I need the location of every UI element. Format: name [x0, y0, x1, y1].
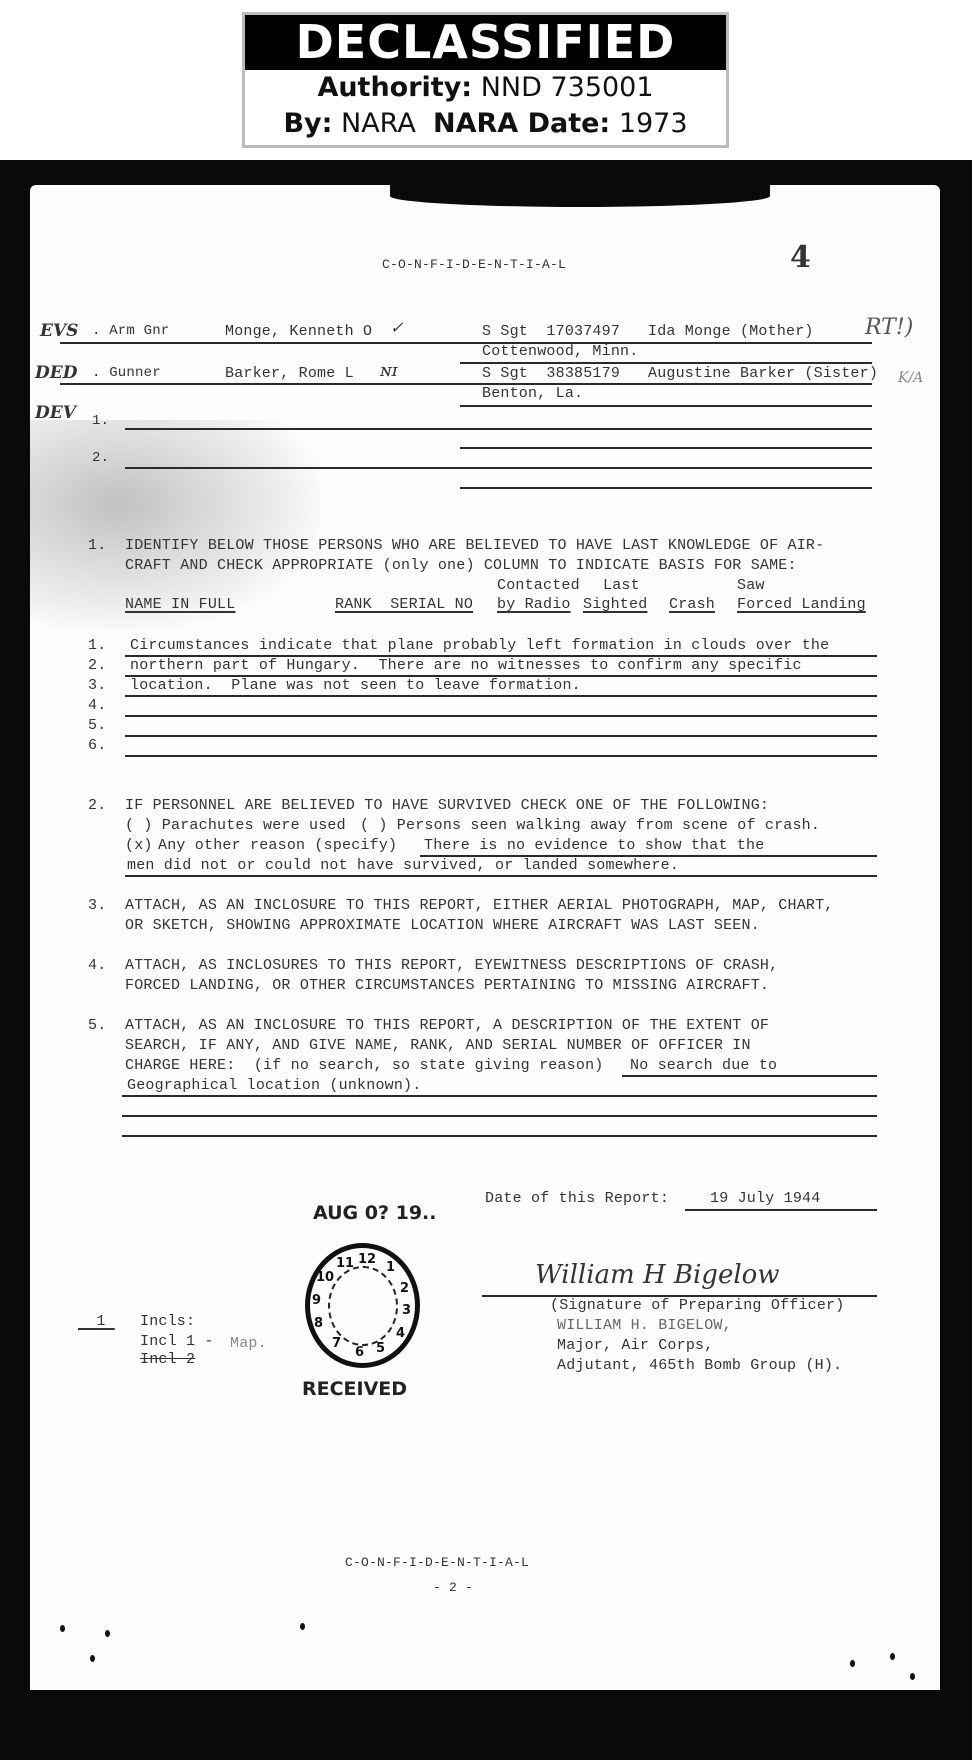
clock-number: 6: [355, 1345, 364, 1360]
section1-text-line1: IDENTIFY BELOW THOSE PERSONS WHO ARE BEL…: [125, 537, 824, 554]
crew-rank-serial: S Sgt 38385179: [482, 365, 620, 382]
inclosures-label: Incls:: [140, 1313, 195, 1330]
section3-line1: ATTACH, AS AN INCLOSURE TO THIS REPORT, …: [125, 897, 834, 914]
section3-line2: OR SKETCH, SHOWING APPROXIMATE LOCATION …: [125, 917, 760, 934]
column-rank-serial: RANK SERIAL NO: [335, 596, 473, 613]
section5-line3: CHARGE HERE: (if no search, so state giv…: [125, 1057, 603, 1074]
column-saw-bottom: Forced Landing: [737, 596, 866, 613]
dust-speck: [890, 1653, 895, 1660]
option-other-text2: men did not or could not have survived, …: [127, 857, 679, 874]
margin-note-rtd: RT!): [865, 315, 913, 340]
inclosure-1: Incl 1 -: [140, 1333, 214, 1350]
report-date-label: Date of this Report:: [485, 1190, 669, 1207]
authority-value: NND 735001: [481, 72, 654, 103]
by-line: By: NARA NARA Date: 1973: [245, 106, 726, 142]
authority-label: Authority:: [317, 72, 472, 103]
section5-answer1: No search due to: [630, 1057, 777, 1074]
status-note-evs: EVS: [40, 321, 78, 341]
column-last-top: Last: [603, 577, 640, 594]
by-label: By:: [283, 108, 332, 139]
signature-caption: (Signature of Preparing Officer): [550, 1297, 844, 1314]
option-walking: ( ) Persons seen walking away from scene…: [360, 817, 820, 834]
section1-text-line2: CRAFT AND CHECK APPROPRIATE (only one) C…: [125, 557, 797, 574]
received-stamp-date: AUG 0? 19..: [313, 1202, 437, 1224]
inclosure-2-struck: Incl 2: [140, 1351, 195, 1368]
received-stamp-label: RECEIVED: [302, 1378, 407, 1400]
section5-number: 5.: [88, 1017, 106, 1034]
margin-note-kia: K/A: [898, 370, 923, 386]
clock-number: 4: [396, 1326, 405, 1341]
crew-rank-serial: S Sgt 17037497: [482, 323, 620, 340]
officer-name: WILLIAM H. BIGELOW,: [557, 1317, 732, 1334]
report-date-value: 19 July 1944: [710, 1190, 820, 1207]
row-number: 6.: [88, 737, 106, 754]
column-saw-top: Saw: [737, 577, 765, 594]
section4-line2: FORCED LANDING, OR OTHER CIRCUMSTANCES P…: [125, 977, 769, 994]
crew-address: Cottenwood, Minn.: [482, 343, 638, 360]
clock-number: 11: [336, 1256, 354, 1271]
officer-title: Adjutant, 465th Bomb Group (H).: [557, 1357, 842, 1374]
inclosure-count: 1: [78, 1313, 115, 1330]
dust-speck: [90, 1655, 95, 1662]
nara-date-label: NARA Date:: [433, 108, 610, 139]
column-name: NAME IN FULL: [125, 596, 235, 613]
crew-address: Benton, La.: [482, 385, 583, 402]
nara-date-value: 1973: [619, 108, 688, 139]
crew-position: . Arm Gnr: [92, 323, 169, 339]
row-number: 2.: [88, 657, 106, 674]
section4-number: 4.: [88, 957, 106, 974]
clock-number: 5: [376, 1341, 385, 1356]
column-last-bottom: Sighted: [583, 596, 647, 613]
declassified-title: DECLASSIFIED: [245, 15, 726, 70]
clock-number: 10: [316, 1270, 334, 1285]
crew-position: 1.: [92, 413, 109, 429]
dust-speck: [300, 1623, 305, 1630]
status-note-ded: DED: [35, 363, 77, 383]
page-mark: 4: [790, 240, 811, 275]
clock-number: 2: [400, 1281, 409, 1296]
clock-number: 12: [358, 1252, 376, 1267]
option-parachutes: ( ) Parachutes were used: [125, 817, 346, 834]
section5-line1: ATTACH, AS AN INCLOSURE TO THIS REPORT, …: [125, 1017, 769, 1034]
initials-mark: ɴɪ: [380, 360, 397, 381]
dust-speck: [105, 1630, 110, 1637]
page-number: - 2 -: [433, 1580, 473, 1595]
crew-name: Monge, Kenneth O: [225, 323, 372, 340]
column-crash: Crash: [669, 596, 715, 613]
declassified-stamp: DECLASSIFIED Authority: NND 735001 By: N…: [242, 12, 729, 148]
section2-number: 2.: [88, 797, 106, 814]
column-contacted-bottom: by Radio: [497, 596, 571, 613]
section4-line1: ATTACH, AS INCLOSURES TO THIS REPORT, EY…: [125, 957, 778, 974]
section3-number: 3.: [88, 897, 106, 914]
by-value: NARA: [341, 108, 416, 139]
crew-position: 2.: [92, 450, 109, 466]
clock-inner-ring: [328, 1266, 398, 1346]
classification-footer: C-O-N-F-I-D-E-N-T-I-A-L: [345, 1555, 529, 1570]
scanned-document-frame: C-O-N-F-I-D-E-N-T-I-A-L 4 EVS . Arm Gnr …: [0, 160, 972, 1760]
received-clock-stamp: 12 1 2 3 4 5 6 7 8 9 10 11: [305, 1243, 420, 1368]
clock-number: 9: [312, 1293, 321, 1308]
classification-header: C-O-N-F-I-D-E-N-T-I-A-L: [382, 257, 566, 272]
crew-next-of-kin: Ida Monge (Mother): [648, 323, 814, 340]
status-note-dev: DEV: [35, 403, 76, 423]
inclosure-1-description: Map.: [230, 1335, 267, 1352]
row-number: 4.: [88, 697, 106, 714]
crew-position: . Gunner: [92, 365, 161, 381]
clock-number: 3: [402, 1303, 411, 1318]
clock-number: 7: [332, 1336, 341, 1351]
authority-line: Authority: NND 735001: [245, 70, 726, 106]
option-other-text1: There is no evidence to show that the: [424, 837, 764, 854]
section5-line2: SEARCH, IF ANY, AND GIVE NAME, RANK, AND…: [125, 1037, 751, 1054]
row-number: 1.: [88, 637, 106, 654]
clock-number: 1: [386, 1260, 395, 1275]
row-number: 5.: [88, 717, 106, 734]
section1-number: 1.: [88, 537, 106, 554]
dust-speck: [60, 1625, 65, 1632]
row-number: 3.: [88, 677, 106, 694]
check-mark-icon: ✓: [390, 318, 403, 337]
option-other-label: Any other reason (specify): [158, 837, 397, 854]
row-text: northern part of Hungary. There are no w…: [130, 657, 802, 674]
section2-heading: IF PERSONNEL ARE BELIEVED TO HAVE SURVIV…: [125, 797, 769, 814]
crew-next-of-kin: Augustine Barker (Sister): [648, 365, 878, 382]
dust-speck: [850, 1660, 855, 1667]
clock-number: 8: [314, 1316, 323, 1331]
officer-rank: Major, Air Corps,: [557, 1337, 713, 1354]
column-contacted-top: Contacted: [497, 577, 580, 594]
section5-answer2: Geographical location (unknown).: [127, 1077, 421, 1094]
document-page: C-O-N-F-I-D-E-N-T-I-A-L 4 EVS . Arm Gnr …: [30, 185, 940, 1690]
row-text: Circumstances indicate that plane probab…: [130, 637, 829, 654]
option-other-checkbox: (x): [125, 837, 153, 854]
torn-edge: [390, 185, 770, 207]
row-text: location. Plane was not seen to leave fo…: [130, 677, 581, 694]
handwritten-signature: William H Bigelow: [535, 1260, 780, 1290]
dust-speck: [910, 1673, 915, 1680]
crew-name: Barker, Rome L: [225, 365, 354, 382]
